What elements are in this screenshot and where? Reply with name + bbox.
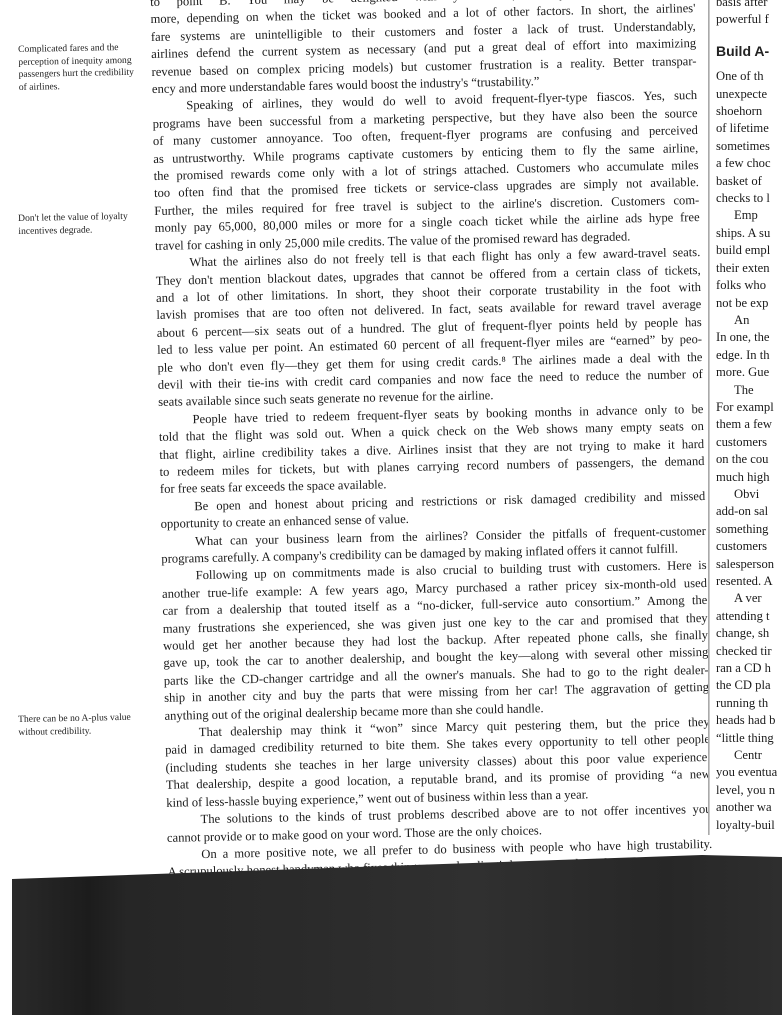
text-line: edge. In th [716, 347, 782, 364]
text-line: customers [716, 538, 782, 555]
text-line: on the cou [716, 451, 782, 468]
text-line: resented. A [716, 573, 782, 590]
text-line: add-on sal [716, 503, 782, 520]
body-text-column: to point B. You may be delighted with yo… [150, 0, 713, 882]
text-line: The [716, 382, 782, 399]
text-line: salesperson [716, 556, 782, 573]
text-line: unexpecte [716, 86, 782, 103]
text-line: shoehorn [716, 103, 782, 120]
text-line: change, sh [716, 625, 782, 642]
text-line: “little thing [716, 730, 782, 747]
scanner-background [12, 855, 782, 1015]
text-line: powerful f [716, 11, 782, 28]
margin-note-fares: Complicated fares and the perception of … [18, 42, 144, 95]
text-line: of lifetime [716, 120, 782, 137]
text-line: sometimes [716, 138, 782, 155]
text-line: build empl [716, 242, 782, 259]
left-book-page: Complicated fares and the perception of … [0, 0, 708, 840]
text-line: a few choc [716, 155, 782, 172]
text-line: level, you n [716, 782, 782, 799]
right-text-column: basis after powerful f Build A- One of t… [716, 0, 782, 835]
text-line: Emp [716, 207, 782, 224]
text-line: much high [716, 469, 782, 486]
text-line: loyalty-buil [716, 817, 782, 834]
text-line: In one, the [716, 329, 782, 346]
text-line: their exten [716, 260, 782, 277]
text-line: running th [716, 695, 782, 712]
text-line: An [716, 312, 782, 329]
margin-note-credibility: There can be no A-plus value without cre… [18, 712, 143, 740]
right-book-page: basis after powerful f Build A- One of t… [710, 0, 782, 835]
margin-note-loyalty: Don't let the value of loyalty incentive… [18, 211, 143, 239]
text-line: ran a CD h [716, 660, 782, 677]
text-line: attending t [716, 608, 782, 625]
text-line: another wa [716, 799, 782, 816]
text-line: One of th [716, 68, 782, 85]
text-line: For exampl [716, 399, 782, 416]
text-line: basis after [716, 0, 782, 11]
text-line: ships. A su [716, 225, 782, 242]
text-line: you eventua [716, 764, 782, 781]
text-line: Centr [716, 747, 782, 764]
text-line: not be exp [716, 295, 782, 312]
text-line: the CD pla [716, 677, 782, 694]
text-line: checked tir [716, 643, 782, 660]
text-line: them a few [716, 416, 782, 433]
text-line: Obvi [716, 486, 782, 503]
text-line: heads had b [716, 712, 782, 729]
text-line: basket of [716, 173, 782, 190]
text-line: folks who [716, 277, 782, 294]
text-line: A ver [716, 590, 782, 607]
text-line: more. Gue [716, 364, 782, 381]
text-line: something [716, 521, 782, 538]
text-line: the rewards [716, 834, 782, 835]
text-line: customers [716, 434, 782, 451]
section-heading: Build A- [716, 43, 782, 60]
text-line: checks to l [716, 190, 782, 207]
